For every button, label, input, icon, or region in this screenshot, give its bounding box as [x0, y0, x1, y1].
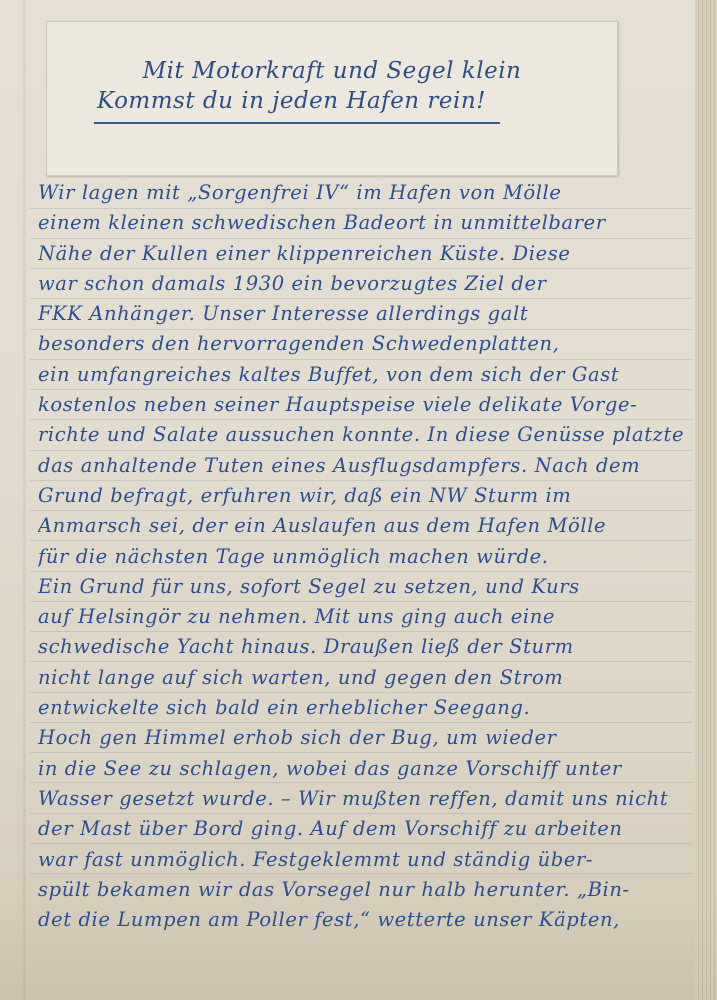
text-line: richte und Salate aussuchen konnte. In d… [38, 420, 698, 450]
text-line: der Mast über Bord ging. Auf dem Vorschi… [38, 814, 698, 844]
text-line: war schon damals 1930 ein bevorzugtes Zi… [38, 269, 698, 299]
text-line: Hoch gen Himmel erhob sich der Bug, um w… [38, 723, 698, 753]
text-line: schwedische Yacht hinaus. Draußen ließ d… [38, 632, 698, 662]
page-bottom-shading [0, 890, 717, 1000]
text-line: Ein Grund für uns, sofort Segel zu setze… [38, 572, 698, 602]
motto-line-2: Kommst du in jeden Hafen rein! [47, 88, 617, 114]
text-line: Wir lagen mit „Sorgenfrei IV“ im Hafen v… [38, 178, 698, 208]
text-line: auf Helsingör zu nehmen. Mit uns ging au… [38, 602, 698, 632]
text-line: für die nächsten Tage unmöglich machen w… [38, 542, 698, 572]
text-line: nicht lange auf sich warten, und gegen d… [38, 663, 698, 693]
handwritten-body: Wir lagen mit „Sorgenfrei IV“ im Hafen v… [38, 178, 698, 935]
text-line: einem kleinen schwedischen Badeort in un… [38, 208, 698, 238]
text-line: Anmarsch sei, der ein Auslaufen aus dem … [38, 511, 698, 541]
text-line: kostenlos neben seiner Hauptspeise viele… [38, 390, 698, 420]
text-line: in die See zu schlagen, wobei das ganze … [38, 754, 698, 784]
text-line: Wasser gesetzt wurde. – Wir mußten reffe… [38, 784, 698, 814]
text-line: ein umfangreiches kaltes Buffet, von dem… [38, 360, 698, 390]
text-line: Grund befragt, erfuhren wir, daß ein NW … [38, 481, 698, 511]
page-fold-shadow [22, 0, 28, 1000]
text-line: war fast unmöglich. Festgeklemmt und stä… [38, 845, 698, 875]
motto-underline [94, 122, 500, 124]
text-line: FKK Anhänger. Unser Interesse allerdings… [38, 299, 698, 329]
text-line: entwickelte sich bald ein erheblicher Se… [38, 693, 698, 723]
notebook-page: Mit Motorkraft und Segel klein Kommst du… [0, 0, 717, 1000]
stacked-page-edges [695, 0, 717, 1000]
text-line: das anhaltende Tuten eines Ausflugsdampf… [38, 451, 698, 481]
motto-line-1: Mit Motorkraft und Segel klein [47, 58, 617, 84]
pasted-motto-label: Mit Motorkraft und Segel klein Kommst du… [46, 21, 618, 176]
text-line: besonders den hervorragenden Schwedenpla… [38, 329, 698, 359]
text-line: Nähe der Kullen einer klippenreichen Küs… [38, 239, 698, 269]
